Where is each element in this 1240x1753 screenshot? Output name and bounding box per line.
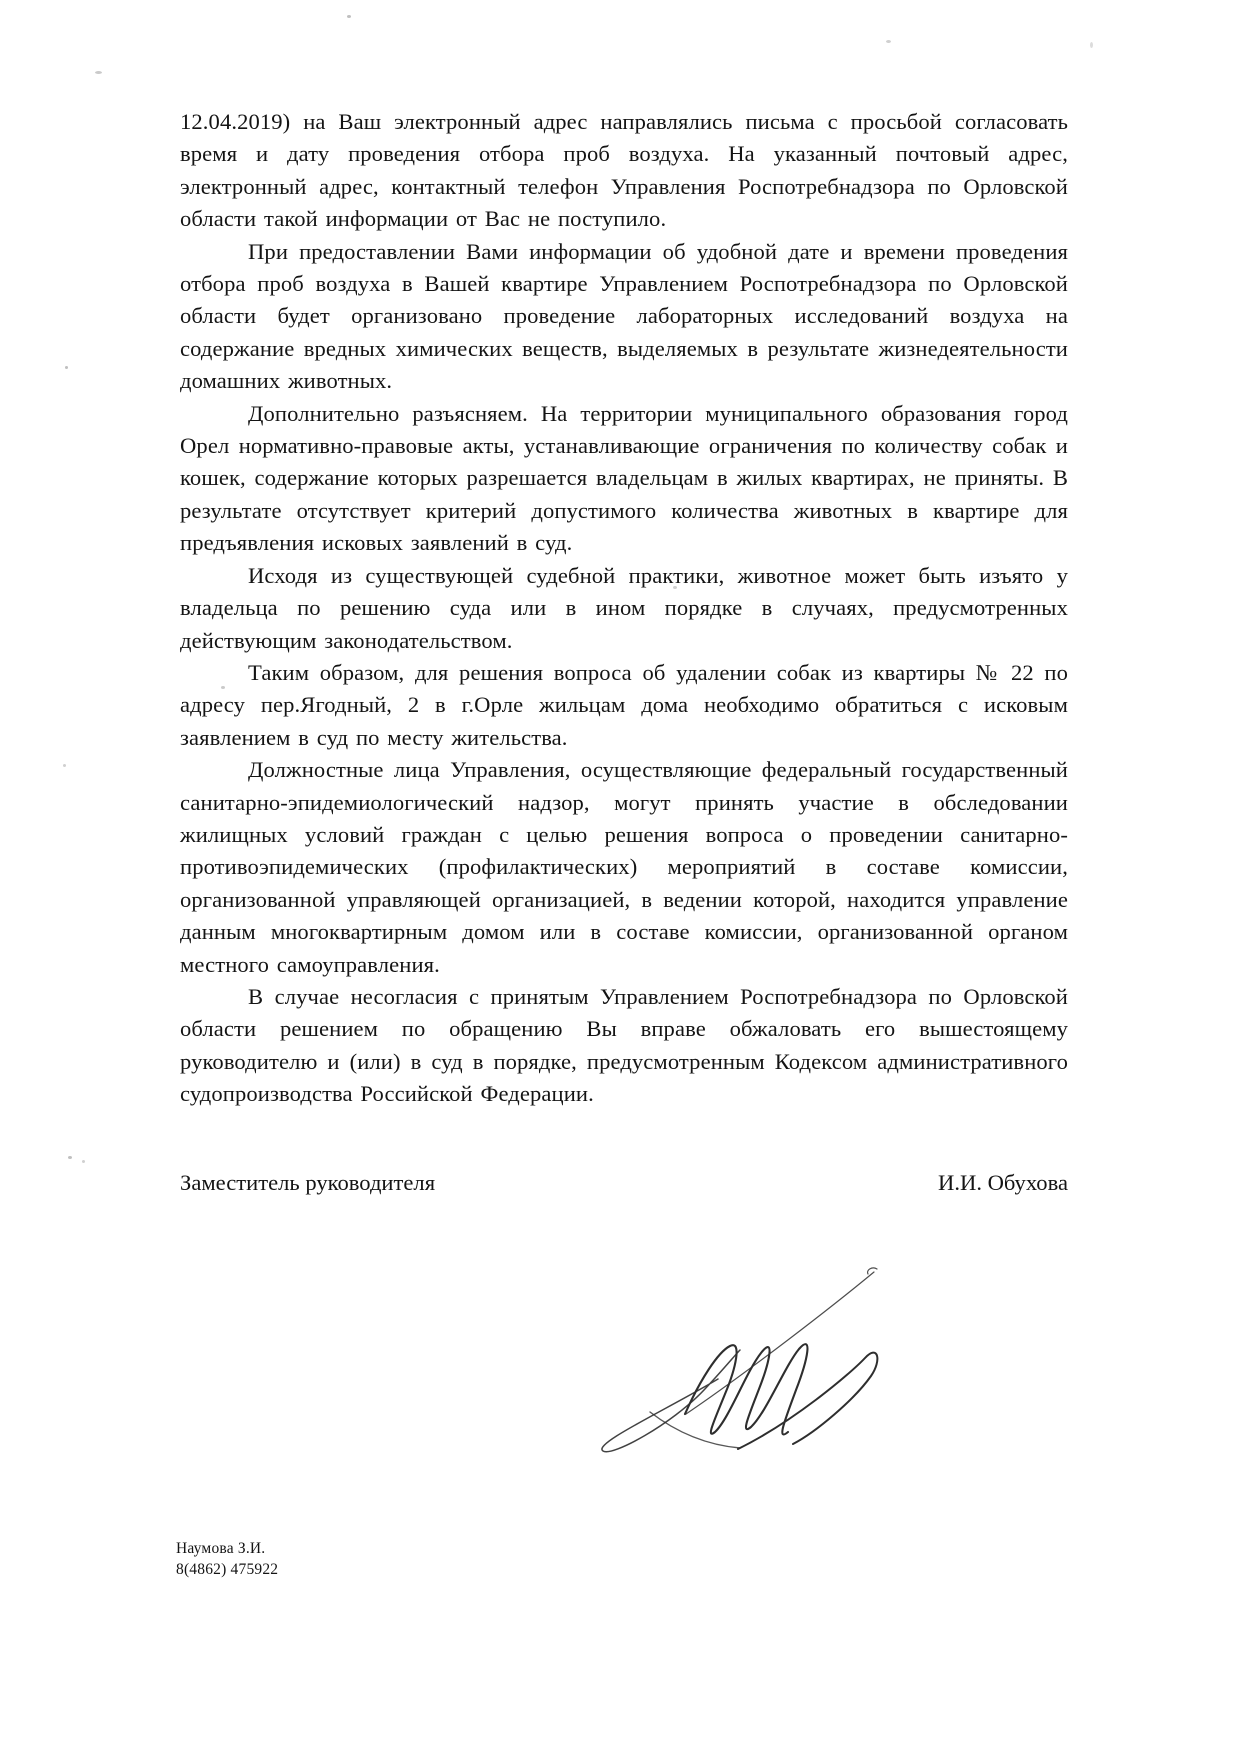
body-paragraph: Таким образом, для решения вопроса об уд… bbox=[180, 657, 1068, 754]
scan-speck bbox=[221, 686, 225, 689]
scan-speck bbox=[95, 71, 102, 74]
scan-speck bbox=[347, 15, 351, 18]
scan-speck bbox=[886, 40, 891, 43]
handwritten-signature bbox=[588, 1262, 893, 1457]
executor-phone: 8(4862) 475922 bbox=[176, 1559, 278, 1580]
body-paragraph: Дополнительно разъясняем. На территории … bbox=[180, 398, 1068, 560]
letter-body: 12.04.2019) на Ваш электронный адрес нап… bbox=[180, 106, 1068, 1199]
body-paragraph: При предоставлении Вами информации об уд… bbox=[180, 236, 1068, 398]
scan-speck bbox=[82, 1160, 85, 1163]
scan-speck bbox=[65, 366, 68, 369]
scan-speck bbox=[68, 1156, 72, 1159]
scan-speck bbox=[673, 586, 677, 589]
signer-name: И.И. Обухова bbox=[938, 1167, 1068, 1199]
body-paragraph: Исходя из существующей судебной практики… bbox=[180, 560, 1068, 657]
executor-block: Наумова З.И. 8(4862) 475922 bbox=[176, 1538, 278, 1580]
body-paragraph: В случае несогласия с принятым Управлени… bbox=[180, 981, 1068, 1111]
signer-title: Заместитель руководителя bbox=[180, 1167, 435, 1199]
body-paragraph: 12.04.2019) на Ваш электронный адрес нап… bbox=[180, 106, 1068, 236]
scan-speck bbox=[1090, 42, 1093, 48]
executor-name: Наумова З.И. bbox=[176, 1538, 278, 1559]
scan-speck bbox=[63, 764, 66, 767]
signature-block: Заместитель руководителя И.И. Обухова bbox=[180, 1167, 1068, 1199]
body-paragraph: Должностные лица Управления, осуществляю… bbox=[180, 754, 1068, 981]
scanned-letter-page: 12.04.2019) на Ваш электронный адрес нап… bbox=[0, 0, 1240, 1753]
